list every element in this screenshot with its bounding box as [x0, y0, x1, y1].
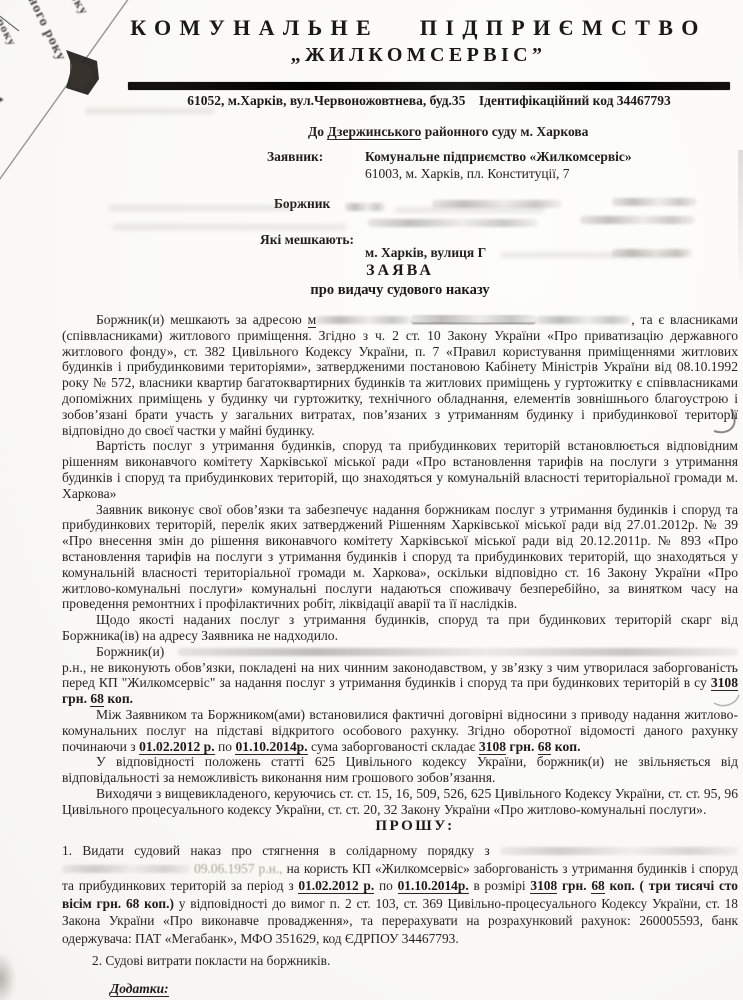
scan-edge-shadow — [738, 150, 743, 280]
rotated-text-fragment: З М — [0, 78, 7, 111]
court-address-line: До Дзержинського районного суду м. Харко… — [308, 124, 588, 140]
redacted-smudge — [178, 648, 738, 656]
text-run: сума заборгованості складає — [308, 739, 479, 754]
body-paragraph: Щодо якості наданих послуг з утримання б… — [62, 612, 738, 644]
text-run: 68 — [538, 739, 552, 755]
text-run: 68 — [90, 691, 104, 707]
text-run: 68 — [591, 878, 604, 894]
text-run: в розмірі — [469, 878, 531, 893]
text-run: Щодо якості наданих послуг з утримання б… — [62, 612, 738, 643]
org-name-line1: КОМУНАЛЬНЕ ПІДПРИЄМСТВО — [100, 15, 737, 41]
text-run: Боржник(и) мешкають за адресою — [96, 312, 308, 327]
letterhead: КОМУНАЛЬНЕ ПІДПРИЄМСТВО „ЖИЛКОМСЕРВІС” — [100, 0, 737, 67]
body-paragraph: Вартість послуг з утримання будинків, сп… — [62, 438, 738, 501]
rotated-text-fragment: ного року — [24, 0, 69, 64]
org-name-line2: „ЖИЛКОМСЕРВІС” — [100, 44, 737, 67]
court-name: Дзержинського — [327, 124, 421, 140]
text-run: м — [308, 312, 317, 328]
body-paragraph: Боржник(и) мешкають за адресою м, та є в… — [62, 312, 738, 438]
document-subtitle: про видачу судового наказу — [62, 282, 738, 299]
text-run: 01.10.2014р. — [235, 739, 307, 755]
text-run: коп. — [551, 739, 580, 754]
text-run: 3108 — [530, 878, 557, 894]
text-run: 3108 — [479, 739, 506, 755]
request-items: 1. Видати судовий наказ про стягнення в … — [62, 842, 738, 970]
text-run: р.н., не виконують обов’язки, покладені … — [62, 660, 738, 691]
document-title: ЗАЯВА — [62, 262, 738, 280]
redacted-smudge — [612, 198, 697, 206]
claimant-address: 61003, м. Харків, пл. Конституції, 7 — [365, 166, 570, 182]
body-paragraph: Виходячи з вищевикладеного, керуючись ст… — [62, 786, 738, 818]
ghost-text-bleed — [395, 207, 545, 213]
text-run: Боржник(и) — [96, 644, 178, 659]
body-paragraphs: Боржник(и) мешкають за адресою м, та є в… — [62, 312, 738, 818]
text-run: грн. — [506, 739, 538, 754]
text-run: по — [374, 878, 397, 893]
text-run: Вартість послуг з утримання будинків, сп… — [62, 438, 738, 500]
text-run: , та є власниками (співвласниками) житло… — [62, 312, 738, 438]
request-item: 2. Судові витрати покласти на боржників. — [92, 952, 738, 970]
rotated-text-fragment: року — [0, 16, 20, 49]
attachments-label: Додатки: — [110, 981, 169, 997]
letterhead-address: 61052, м.Харків, вул.Червоножовтнева, бу… — [128, 93, 730, 109]
text-run: грн. — [557, 878, 591, 893]
to-prefix: До — [308, 124, 327, 139]
ghost-text-bleed — [112, 224, 347, 230]
document-body: Боржник(и) мешкають за адресою м, та є в… — [62, 312, 738, 997]
redacted-smudge — [536, 316, 631, 324]
faint-text: 09.06.1957 р.н., — [194, 861, 282, 876]
redacted-smudge — [62, 865, 190, 873]
body-paragraph: У відповідності положень статті 625 Циві… — [62, 754, 738, 786]
text-run: 01.10.2014р. — [398, 878, 469, 894]
text-run: Виходячи з вищевикладеного, керуючись ст… — [62, 786, 738, 817]
text-run: 2. Судові витрати покласти на боржників. — [92, 953, 330, 968]
redacted-smudge — [316, 316, 411, 324]
body-paragraph: Між Заявником та Боржником(ами) встанови… — [62, 707, 738, 754]
redacted-smudge — [345, 203, 385, 211]
text-run: грн. — [62, 691, 90, 706]
ink-smudge — [85, 108, 215, 114]
text-run: 1. Видати судовий наказ про стягнення в … — [62, 843, 500, 858]
scanned-document-page: року ного року оку З М КОМУНАЛЬНЕ ПІДПРИ… — [0, 0, 743, 1000]
text-run: коп. — [104, 691, 133, 706]
residence-label: Які мешкають: — [260, 232, 354, 248]
text-run: У відповідності положень статті 625 Циві… — [62, 754, 738, 785]
body-paragraph: Заявник виконує свої обов’язки та забезп… — [62, 502, 738, 613]
redacted-smudge — [500, 847, 738, 855]
text-run: 01.02.2012 р. — [298, 878, 374, 894]
rotated-text-fragment: оку — [66, 0, 92, 18]
text-run: 01.02.2012 р. — [139, 739, 215, 755]
residence-value: м. Харків, вулиця Г — [365, 245, 486, 261]
to-rest: районного суду м. Харкова — [421, 124, 588, 139]
ghost-text-bleed — [108, 205, 293, 211]
body-paragraph: Боржник(и) р.н., не виконують обов’язки,… — [62, 644, 738, 707]
request-heading: ПРОШУ: — [62, 819, 738, 835]
redacted-smudge — [368, 219, 538, 227]
text-run: 3108 — [711, 675, 738, 691]
claimant-name: Комунальне підприємство «Жилкомсервіс» — [365, 149, 632, 165]
ghost-text-bleed — [500, 252, 685, 258]
claimant-label: Заявник: — [267, 149, 323, 165]
text-run: Заявник виконує свої обов’язки та забезп… — [62, 502, 738, 612]
attachments-line: Додатки: — [110, 981, 738, 997]
scanner-smudge — [0, 952, 16, 1000]
redacted-smudge — [411, 315, 536, 324]
letterhead-rule — [128, 82, 730, 90]
text-run: по — [215, 739, 236, 754]
redacted-smudge — [580, 216, 695, 224]
request-item: 1. Видати судовий наказ про стягнення в … — [62, 842, 738, 947]
